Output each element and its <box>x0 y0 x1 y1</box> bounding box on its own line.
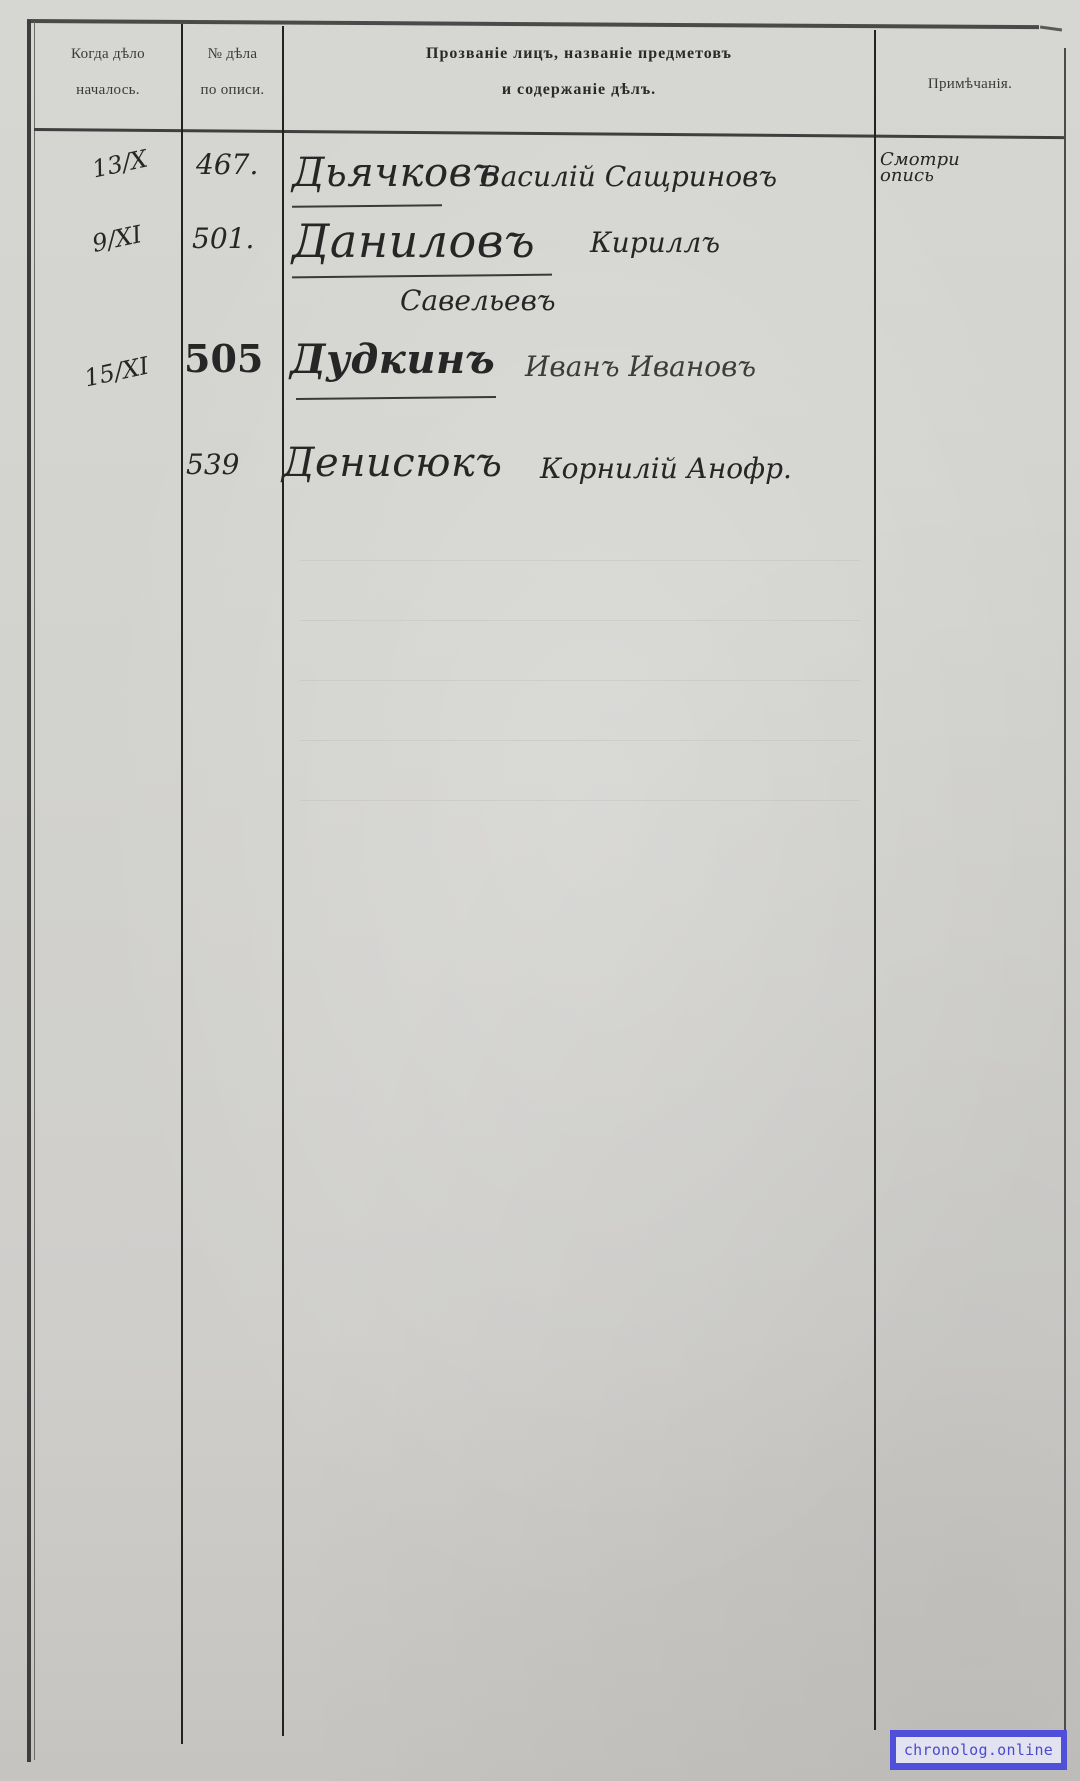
header-date-column: Когда дѣло началось. <box>36 36 180 108</box>
column-divider-description-notes <box>874 30 876 1730</box>
entry-case-number: 501. <box>192 222 254 255</box>
header-number-column: № дѣла по описи. <box>184 36 281 108</box>
header-notes-column: Примѣчанія. <box>876 66 1064 102</box>
frame-top-border <box>27 19 1039 29</box>
bleed-through-line <box>300 620 860 621</box>
header-number-line-2: по описи. <box>184 72 281 108</box>
entry-case-number: 539 <box>186 448 239 481</box>
entry-case-number: 505 <box>184 336 263 381</box>
surname-underline <box>296 396 496 400</box>
entry-note-line-2: опись <box>880 168 960 184</box>
entry-surname: Денисюкъ <box>282 440 502 486</box>
watermark-text: chronolog.online <box>896 1737 1061 1763</box>
bleed-through-line <box>300 560 860 561</box>
header-notes-line-1: Примѣчанія. <box>876 66 1064 102</box>
frame-left-border <box>27 20 31 1762</box>
entry-surname: Дьячковъ <box>292 150 500 196</box>
entry-case-number: 467. <box>196 148 258 181</box>
surname-underline <box>292 274 552 279</box>
entry-surname: Даниловъ <box>292 214 535 268</box>
frame-right-border <box>1064 48 1066 1760</box>
header-divider <box>34 128 1064 139</box>
header-description-column: Прозваніе лицъ, названіе предметовъ и со… <box>284 36 874 108</box>
entry-given-names: Корнилій Анофр. <box>540 452 792 485</box>
bleed-through-line <box>300 800 860 801</box>
ledger-page: Когда дѣло началось. № дѣла по описи. Пр… <box>0 0 1080 1781</box>
frame-left-inner-border <box>34 22 35 1760</box>
header-description-line-1: Прозваніе лицъ, названіе предметовъ <box>284 36 874 72</box>
entry-given-names: Иванъ Ивановъ <box>525 350 756 383</box>
column-divider-date-number <box>181 24 183 1744</box>
watermark-badge: chronolog.online <box>890 1730 1067 1770</box>
entry-date: 15/XI <box>82 352 152 393</box>
header-number-line-1: № дѣла <box>184 36 281 72</box>
entry-surname: Дудкинъ <box>290 336 495 383</box>
header-description-line-2: и содержаніе дѣлъ. <box>284 72 874 108</box>
entry-patronymic-continuation: Савельевъ <box>400 284 556 317</box>
entry-date: 13/X <box>90 145 150 184</box>
frame-top-border-end <box>1040 25 1062 31</box>
header-date-line-1: Когда дѣло <box>36 36 180 72</box>
header-date-line-2: началось. <box>36 72 180 108</box>
entry-note: Смотри опись <box>880 152 960 184</box>
bleed-through-line <box>300 740 860 741</box>
bleed-through-line <box>300 680 860 681</box>
column-divider-number-description <box>282 26 284 1736</box>
entry-given-names: Василій Сащриновъ <box>480 160 777 193</box>
surname-underline <box>292 204 442 208</box>
entry-given-names: Кириллъ <box>590 226 720 259</box>
entry-date: 9/XI <box>90 220 145 258</box>
